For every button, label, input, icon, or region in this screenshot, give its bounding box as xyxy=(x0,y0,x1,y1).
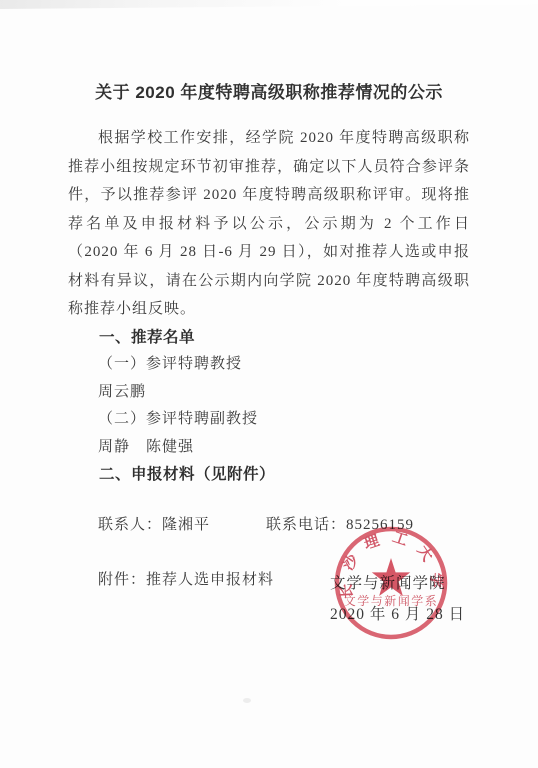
section1-subheading-professor: （一）参评特聘教授 xyxy=(68,351,470,379)
body-paragraph: 根据学校工作安排，经学院 2020 年度特聘高级职称推荐小组按规定环节初审推荐，… xyxy=(68,124,470,324)
scan-artifact-top-edge xyxy=(0,0,538,9)
seal-star-icon xyxy=(372,558,410,596)
candidate-names-assoc-professor: 周静 陈健强 xyxy=(68,434,470,462)
document-page: 关于 2020 年度特聘高级职称推荐情况的公示 根据学校工作安排，经学院 202… xyxy=(0,0,538,768)
section1-subheading-assoc-professor: （二）参评特聘副教授 xyxy=(68,406,470,434)
seal-inner-text: 文学与新闻学系 xyxy=(344,593,439,608)
scan-artifact-dot xyxy=(243,698,251,703)
official-seal: 长沙理工大学 文学与新闻学系 xyxy=(331,523,451,643)
section1-heading: 一、推荐名单 xyxy=(68,324,470,352)
candidate-name-professor: 周云鹏 xyxy=(68,379,470,407)
contact-person: 联系人：隆湘平 xyxy=(98,517,210,533)
section2-heading: 二、申报材料（见附件） xyxy=(68,461,470,489)
document-title: 关于 2020 年度特聘高级职称推荐情况的公示 xyxy=(40,78,498,103)
